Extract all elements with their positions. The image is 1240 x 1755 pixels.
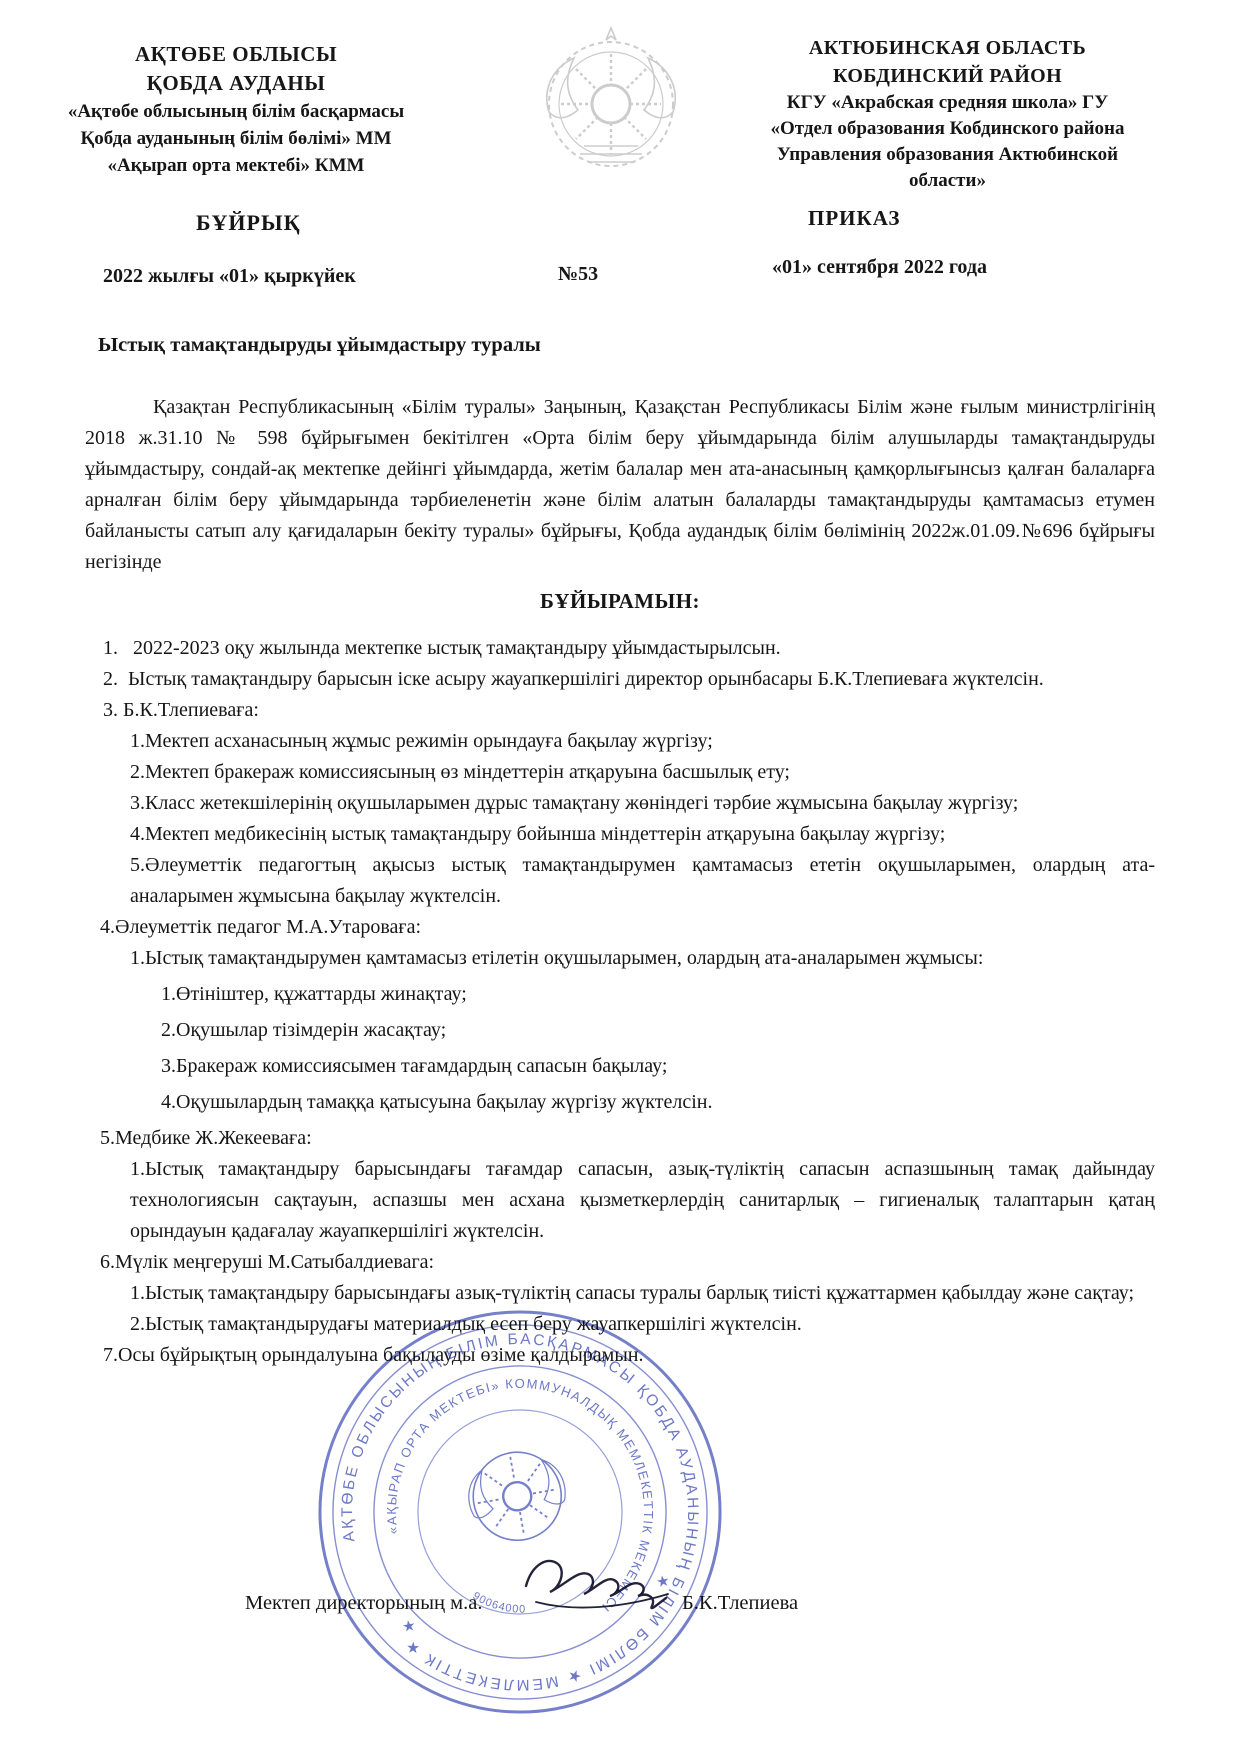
order-item: 4.Мектеп медбикесінің ыстық тамақтандыру…: [130, 819, 1155, 850]
order-document-page: АҚТӨБЕ ОБЛЫСЫҚОБДА АУДАНЫ«Ақтөбе облысын…: [0, 0, 1240, 1755]
order-item: 4.Оқушылардың тамаққа қатысуына бақылау …: [161, 1087, 1155, 1118]
header-org-russian: АКТЮБИНСКАЯ ОБЛАСТЬКОБДИНСКИЙ РАЙОНКГУ «…: [690, 34, 1205, 194]
order-item: 2.Мектеп бракераж комиссиясының өз мінде…: [130, 757, 1155, 788]
stamp-star-left: ★: [401, 1617, 417, 1636]
order-item: 1.Мектеп асханасының жұмыс режимін орынд…: [130, 726, 1155, 757]
order-item: 2.Ыстық тамақтандырудағы материалдық есе…: [130, 1309, 1155, 1340]
header-line: Управления образования Актюбинской: [690, 142, 1205, 168]
order-item: 1.Ыстық тамақтандырумен қамтамасыз етіле…: [130, 943, 1155, 974]
header-line: области»: [690, 168, 1205, 194]
order-item: 2. Ыстық тамақтандыру барысын іске асыру…: [85, 664, 1155, 695]
order-item: 4.Әлеуметтік педагог М.А.Утароваға:: [85, 912, 1155, 943]
order-item: 1. 2022-2023 оқу жылында мектепке ыстық …: [85, 633, 1155, 664]
handwritten-signature-icon: [518, 1548, 678, 1626]
order-item: 3. Б.К.Тлепиеваға:: [85, 695, 1155, 726]
order-number: №53: [558, 263, 598, 286]
order-item: 7.Осы бұйрықтың орындалуына бақылауды өз…: [85, 1340, 1155, 1371]
order-date-kazakh: 2022 жылғы «01» қыркүйек: [103, 265, 356, 288]
order-item: 5.Әлеуметтік педагогтың ақысыз ыстық там…: [130, 850, 1155, 912]
order-item: 2.Оқушылар тізімдерін жасақтау;: [161, 1015, 1155, 1046]
header-org-kazakh: АҚТӨБЕ ОБЛЫСЫҚОБДА АУДАНЫ«Ақтөбе облысын…: [36, 40, 436, 179]
header-line: Қобда ауданының білім бөлімі» ММ: [36, 125, 436, 152]
order-item: 5.Медбике Ж.Жекееваға:: [85, 1123, 1155, 1154]
signatory-name: Б.К.Тлепиева: [682, 1592, 798, 1615]
order-item: 6.Мүлік меңгеруші М.Сатыбалдиевага:: [85, 1247, 1155, 1278]
signature-position-label: Мектеп директорының м.а.: [245, 1592, 482, 1615]
order-item: 1.Ыстық тамақтандыру барысындағы азық-тү…: [130, 1278, 1155, 1309]
resolution-heading: БҰЙЫРАМЫН:: [85, 586, 1155, 617]
header-line: КГУ «Акрабская средняя школа» ГУ: [690, 90, 1205, 116]
order-date-russian: «01» сентября 2022 года: [772, 256, 987, 279]
order-title-kazakh: БҰЙРЫҚ: [196, 210, 301, 236]
preamble-paragraph: Қазақтан Республикасының «Білім туралы» …: [85, 392, 1155, 578]
order-body: Қазақтан Республикасының «Білім туралы» …: [85, 392, 1155, 1371]
header-line: АКТЮБИНСКАЯ ОБЛАСТЬ: [690, 34, 1205, 62]
header-line: АҚТӨБЕ ОБЛЫСЫ: [36, 40, 436, 69]
order-subject: Ыстық тамақтандыруды ұйымдастыру туралы: [98, 334, 541, 357]
order-list: 1. 2022-2023 оқу жылында мектепке ыстық …: [85, 633, 1155, 1371]
header-line: «Ақырап орта мектебі» КММ: [36, 152, 436, 179]
kazakhstan-coat-of-arms-icon: [522, 20, 698, 184]
header-line: «Отдел образования Кобдинского района: [690, 116, 1205, 142]
header-line: «Ақтөбе облысының білім басқармасы: [36, 98, 436, 125]
order-title-russian: ПРИКАЗ: [808, 206, 900, 231]
header-line: КОБДИНСКИЙ РАЙОН: [690, 62, 1205, 90]
order-item: 3.Бракераж комиссиясымен тағамдардың сап…: [161, 1051, 1155, 1082]
header-line: ҚОБДА АУДАНЫ: [36, 69, 436, 98]
order-item: 3.Класс жетекшілерінің оқушыларымен дұры…: [130, 788, 1155, 819]
order-item: 1.Өтініштер, құжаттарды жинақтау;: [161, 979, 1155, 1010]
order-item: 1.Ыстық тамақтандыру барысындағы тағамда…: [130, 1154, 1155, 1247]
